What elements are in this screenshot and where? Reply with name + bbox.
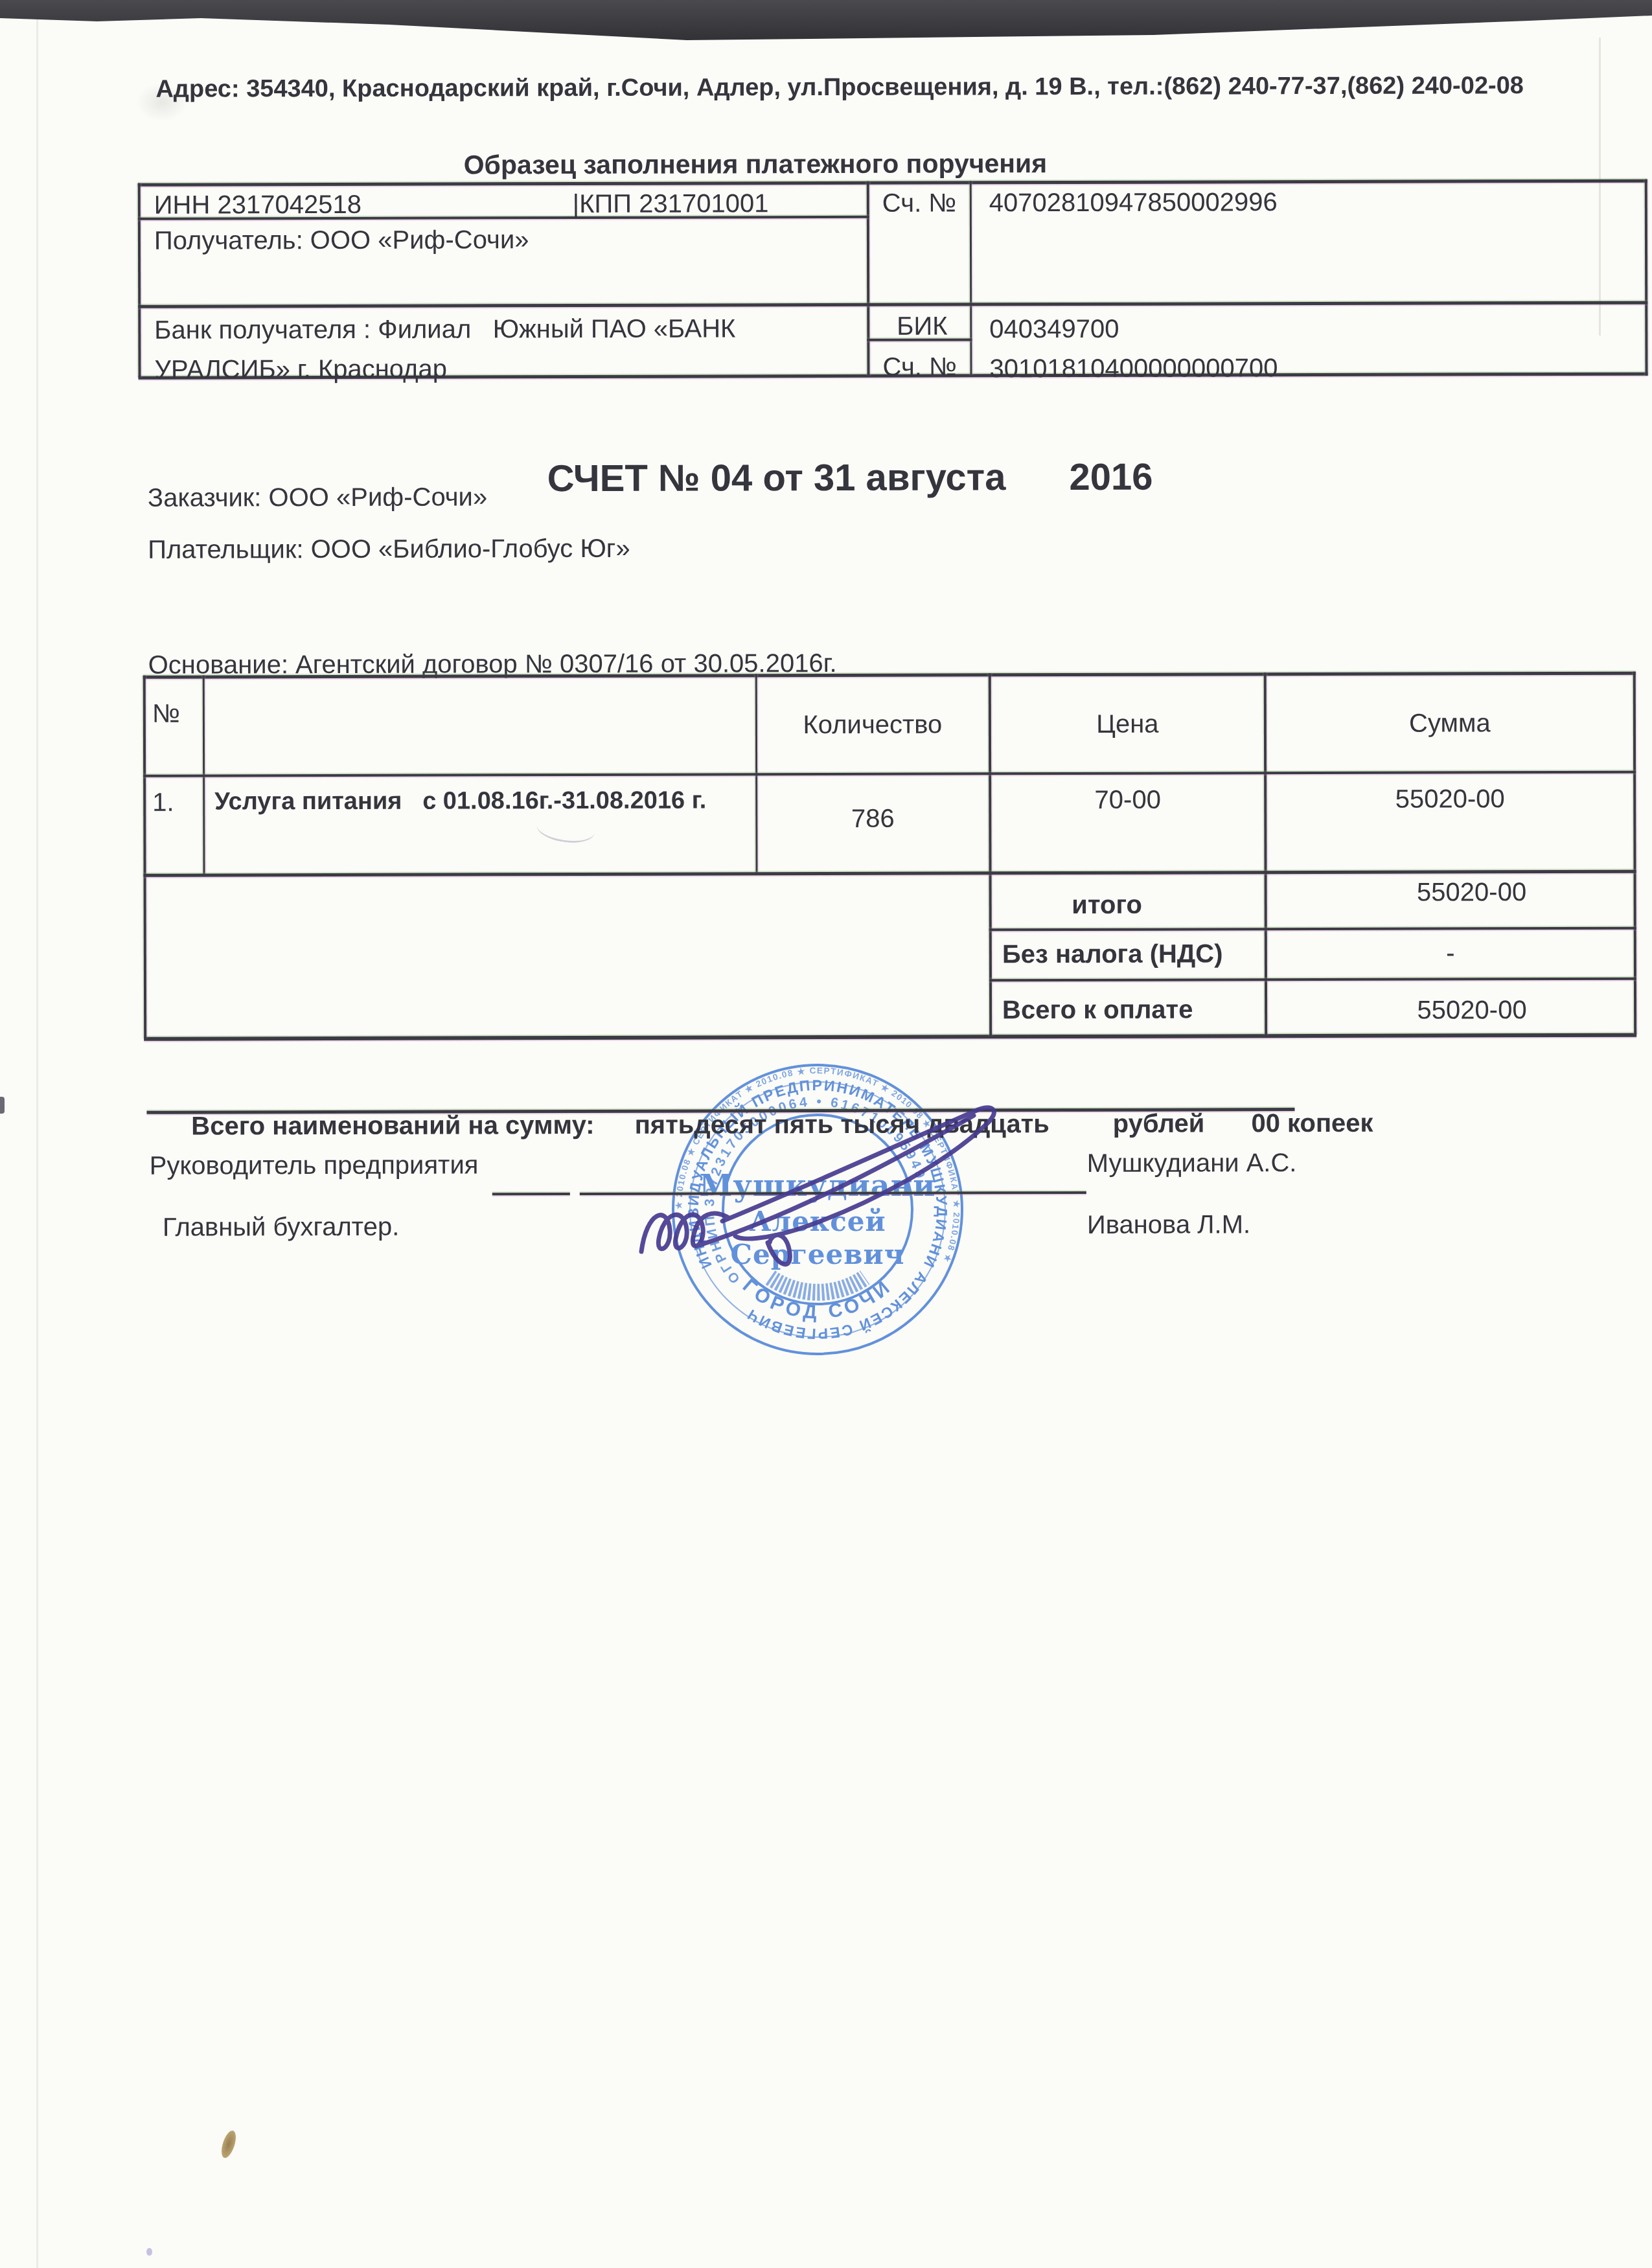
col-header-quantity: Количество [757,709,989,741]
items-table-border-bottom [144,1033,1636,1041]
account-label: Сч. № [882,187,957,219]
kpp-value: |КПП 231701001 [573,188,769,220]
col-header-price: Цена [991,708,1264,740]
signature-cross-stroke [700,1116,974,1245]
item-amount: 55020-00 [1267,783,1633,816]
bik-label: БИК [897,311,947,343]
items-table-divider-nds [989,978,1636,982]
item-description: Услуга питания с 01.08.16г.-31.08.2016 г… [214,785,706,816]
accountant-label: Главный бухгалтер. [163,1211,399,1244]
req-table-border-right [1645,179,1648,376]
item-number: 1. [152,787,174,819]
recipient-bank-line2: УРАЛСИБ» г. Краснодар [154,354,447,386]
total-value: 55020-00 [1289,994,1652,1027]
scanned-invoice-page: ★ 2010.08 ★ СЕРТИФИКАТ ★ 2010.08 ★ СЕРТИ… [0,0,1652,2268]
director-label: Руководитель предприятия [150,1149,479,1182]
company-address-line: Адрес: 354340, Краснодарский край, г.Соч… [155,71,1524,104]
req-table-border-top [138,179,1647,187]
recipient-bank-line1: Банк получателя : Филиал Южный ПАО «БАНК [154,313,735,346]
req-table-divider-labels [970,181,972,375]
item-price: 70-00 [991,784,1264,816]
payment-form-subtitle: Образец заполнения платежного поручения [464,147,1048,181]
invoice-title-text: СЧЕТ № 04 от 31 августа [547,456,1006,499]
total-label: Всего к оплате [1002,994,1193,1027]
signature-loops-stroke [641,1213,729,1252]
col-header-number: № [152,698,180,730]
req-table-divider-bank-row [138,301,1647,308]
corr-account-number: 30101810400000000700 [989,352,1278,385]
invoice-title-year: 2016 [1069,455,1153,498]
invoice-title: СЧЕТ № 04 от 31 августа2016 [485,409,1153,548]
director-name: Мушкудиани А.С. [1087,1147,1297,1180]
accountant-name: Иванова Л.М. [1087,1209,1250,1241]
items-table-border-left [143,676,146,1038]
total-label: Без налога (НДС) [1002,938,1223,970]
corr-account-label: Сч. № [882,351,957,383]
items-table-divider-header [143,771,1636,777]
req-table-divider-accounts [867,181,870,376]
bik-value: 040349700 [989,314,1119,345]
items-table-divider-itogo [989,927,1636,932]
director-signature-line-short [492,1193,570,1195]
col-header-amount: Сумма [1267,707,1633,740]
inn-value: ИНН 2317042518 [154,189,361,222]
left-margin-mark [0,1097,5,1114]
customer-line: Заказчик: ООО «Риф-Сочи» [148,481,487,514]
pencil-mark-artifact [535,812,597,846]
summary-kopecks: 00 копеек [1251,1109,1373,1138]
items-table-divider-row1 [144,870,1636,877]
total-label: итого [1004,889,1211,921]
recipient-line: Получатель: ООО «Риф-Сочи» [154,224,529,257]
req-table-border-left [138,183,141,378]
payer-line: Плательщик: ООО «Библио-Глобус Юг» [148,533,630,566]
item-quantity: 786 [757,803,989,835]
ink-dot-artifact [146,2248,152,2256]
total-value: - [1267,937,1634,970]
handwritten-signature [602,1082,1056,1289]
account-number: 40702810947850002996 [989,187,1278,219]
total-value: 55020-00 [1289,876,1652,909]
summary-currency: рублей [1113,1109,1205,1138]
signature-underloop-stroke [768,1235,790,1264]
summary-label: Всего наименований на сумму: [191,1111,595,1141]
